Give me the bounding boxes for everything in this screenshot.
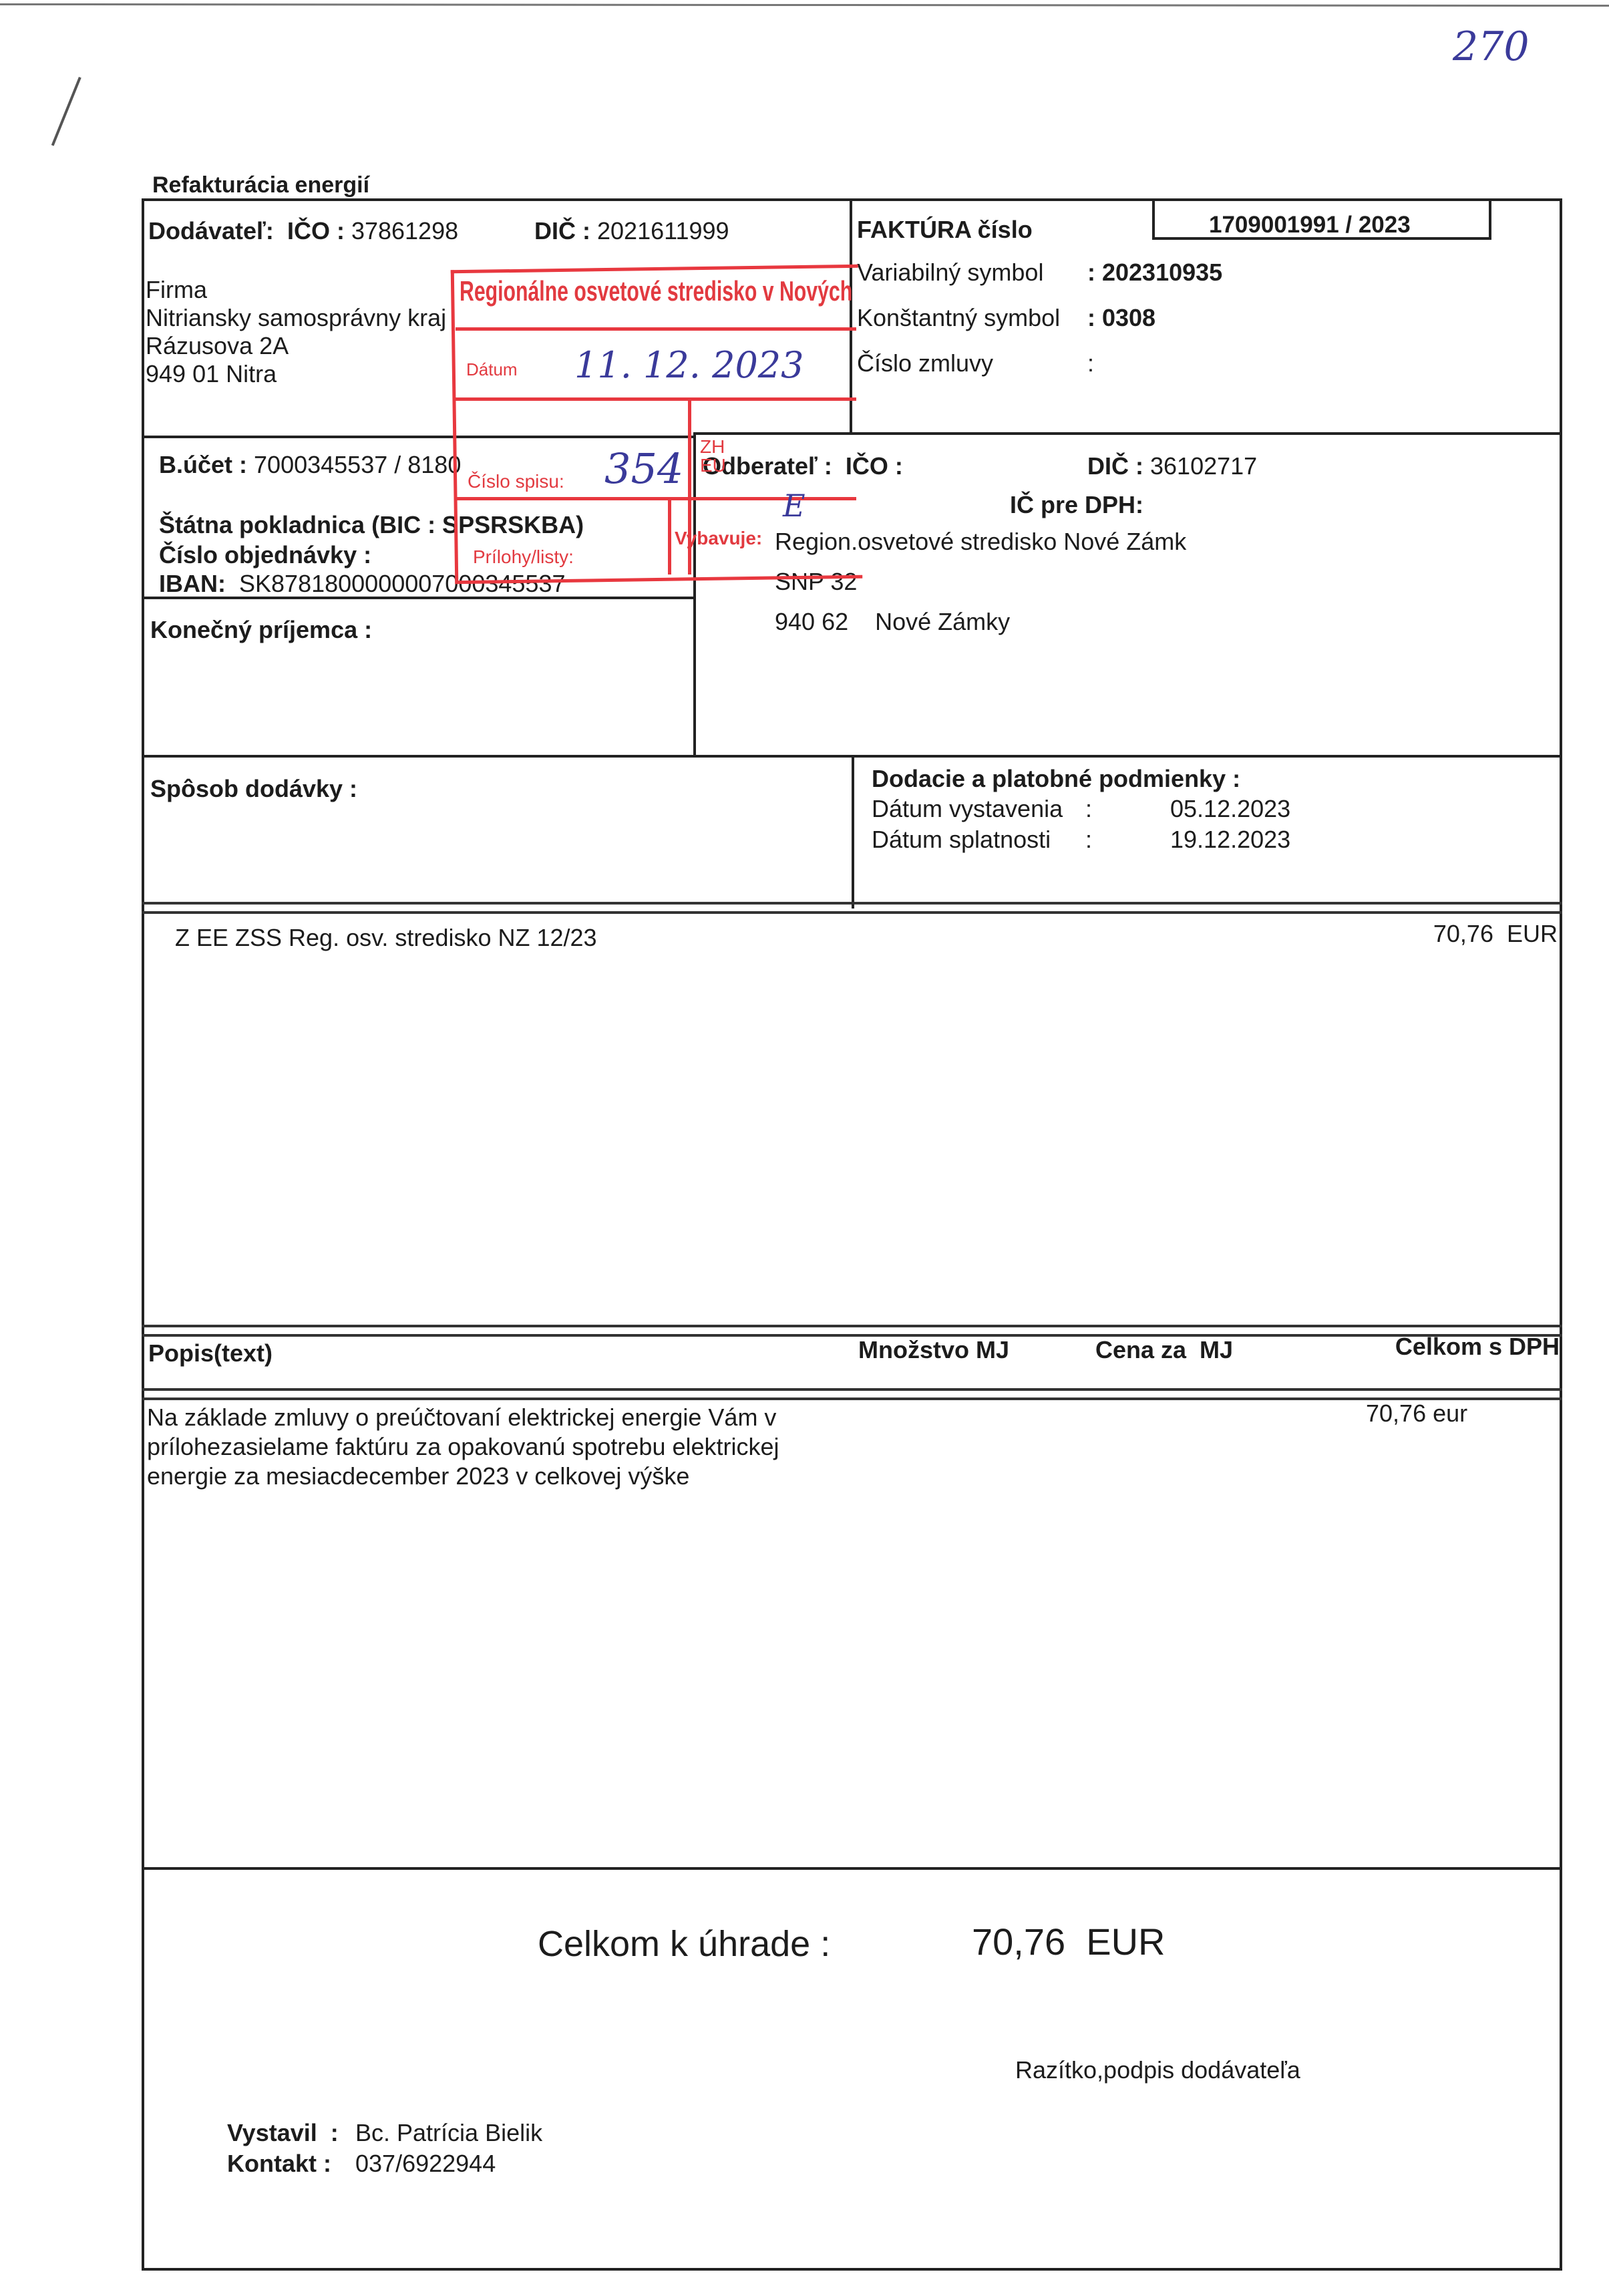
- item-description-line: prílohezasielame faktúru za opakovanú sp…: [147, 1432, 779, 1462]
- final-recipient-label: Konečný príjemca :: [150, 616, 372, 644]
- stamp-rule: [456, 327, 856, 331]
- customer-vat-label: IČ pre DPH:: [1010, 491, 1143, 519]
- frame-left: [142, 198, 144, 2269]
- supplier-address-line: Nitriansky samosprávny kraj: [146, 304, 446, 332]
- variable-symbol: : 202310935: [1087, 259, 1222, 287]
- stamp-date-handwritten: 11. 12. 2023: [574, 344, 804, 386]
- stamp-handled-by-label: Vybavuje:: [675, 528, 762, 549]
- signature-label: Razítko,podpis dodávateľa: [1015, 2056, 1300, 2084]
- supplier-ico: 37861298: [351, 217, 458, 244]
- total-label: Celkom k úhrade :: [538, 1924, 830, 1964]
- frame-right: [1560, 198, 1562, 2269]
- column-header-description: Popis(text): [148, 1339, 273, 1367]
- delivery-method-label: Spôsob dodávky :: [150, 775, 357, 803]
- variable-symbol-label: Variabilný symbol: [857, 259, 1043, 287]
- stamp-attachments-label: Prílohy/listy:: [473, 546, 574, 568]
- table-row: Na základe zmluvy o preúčtovaní elektric…: [147, 1403, 779, 1491]
- document-heading: Refakturácia energií: [152, 171, 369, 199]
- contact: 037/6922944: [355, 2150, 496, 2178]
- issued-by-label: Vystavil :: [227, 2119, 339, 2147]
- bank-account-label: B.účet :: [159, 451, 247, 478]
- column-header-quantity: Množstvo MJ: [858, 1336, 1009, 1364]
- summary-amount: 70,76 EUR: [1433, 920, 1558, 948]
- page-number-annotation: 270: [1453, 23, 1530, 70]
- issue-date: 05.12.2023: [1170, 795, 1290, 823]
- supplier-address-line: Firma: [146, 276, 446, 304]
- supplier-address: Firma Nitriansky samosprávny kraj Rázuso…: [146, 276, 446, 388]
- bank-account: 7000345537 / 8180: [254, 451, 461, 478]
- supplier-dic-row: DIČ : 2021611999: [534, 217, 729, 245]
- frame-bottom: [142, 2268, 1562, 2271]
- divider-delivery-bottom: [142, 902, 1562, 914]
- column-header-unit-price: Cena za MJ: [1095, 1336, 1233, 1364]
- contact-label: Kontakt :: [227, 2150, 331, 2178]
- invoice-title: FAKTÚRA číslo: [857, 216, 1033, 244]
- due-date-colon: :: [1085, 826, 1092, 854]
- supplier-header: Dodávateľ: IČO : 37861298: [148, 217, 458, 245]
- item-description-line: Na základe zmluvy o preúčtovaní elektric…: [147, 1403, 779, 1432]
- stamp-rule: [668, 497, 671, 575]
- stamp-file-number-label: Číslo spisu:: [468, 471, 564, 492]
- customer-dic-row: DIČ : 36102717: [1087, 452, 1257, 480]
- constant-symbol-label: Konštantný symbol: [857, 304, 1060, 332]
- customer-address-line: 940 62 Nové Zámky: [775, 608, 1010, 636]
- stamp-date-label: Dátum: [466, 359, 518, 380]
- bank-account-row: B.účet : 7000345537 / 8180: [159, 451, 461, 479]
- issue-date-label: Dátum vystavenia: [872, 795, 1063, 823]
- stamp-code-label: ZH EU: [700, 438, 726, 475]
- constant-symbol: : 0308: [1087, 304, 1155, 332]
- divider-table-top: [142, 1325, 1562, 1337]
- supplier-address-line: 949 01 Nitra: [146, 360, 446, 388]
- column-header-total: Celkom s DPH: [1395, 1333, 1560, 1361]
- issued-by: Bc. Patrícia Bielik: [355, 2119, 542, 2147]
- supplier-address-line: Rázusova 2A: [146, 332, 446, 360]
- supplier-label: Dodávateľ:: [148, 217, 274, 244]
- delivery-terms-label: Dodacie a platobné podmienky :: [872, 765, 1240, 793]
- due-date: 19.12.2023: [1170, 826, 1290, 854]
- due-date-label: Dátum splatnosti: [872, 826, 1051, 854]
- supplier-dic: 2021611999: [597, 217, 729, 244]
- stamp-file-number-handwritten: 354: [604, 444, 683, 493]
- item-description-line: energie za mesiacdecember 2023 v celkove…: [147, 1462, 779, 1491]
- scan-edge-line: [0, 3, 1609, 7]
- issue-date-colon: :: [1085, 795, 1092, 823]
- iban-label: IBAN:: [159, 570, 226, 597]
- stamp-org-name: Regionálne osvetové stredisko v Nových Z…: [460, 275, 854, 307]
- invoice-number: 1709001991 / 2023: [1209, 211, 1411, 239]
- customer-dic-label: DIČ :: [1087, 452, 1143, 480]
- stamp-handled-by-handwritten: E: [783, 488, 806, 524]
- divider-table-header: [142, 1388, 1562, 1400]
- contract-number-label: Číslo zmluvy: [857, 349, 993, 377]
- supplier-dic-label: DIČ :: [534, 217, 590, 244]
- supplier-ico-label: IČO :: [287, 217, 345, 244]
- stamp-rule: [456, 397, 856, 401]
- registry-stamp: [451, 265, 863, 584]
- corner-pen-mark: [51, 77, 81, 146]
- divider-delivery: [852, 755, 854, 909]
- order-number-label: Číslo objednávky :: [159, 541, 371, 569]
- item-total: 70,76 eur: [1366, 1400, 1467, 1428]
- contract-number: :: [1087, 349, 1094, 377]
- summary-text: Z EE ZSS Reg. osv. stredisko NZ 12/23: [175, 924, 597, 952]
- total-amount: 70,76 EUR: [972, 1921, 1166, 1963]
- customer-dic: 36102717: [1150, 452, 1257, 480]
- divider-totals: [142, 1867, 1562, 1870]
